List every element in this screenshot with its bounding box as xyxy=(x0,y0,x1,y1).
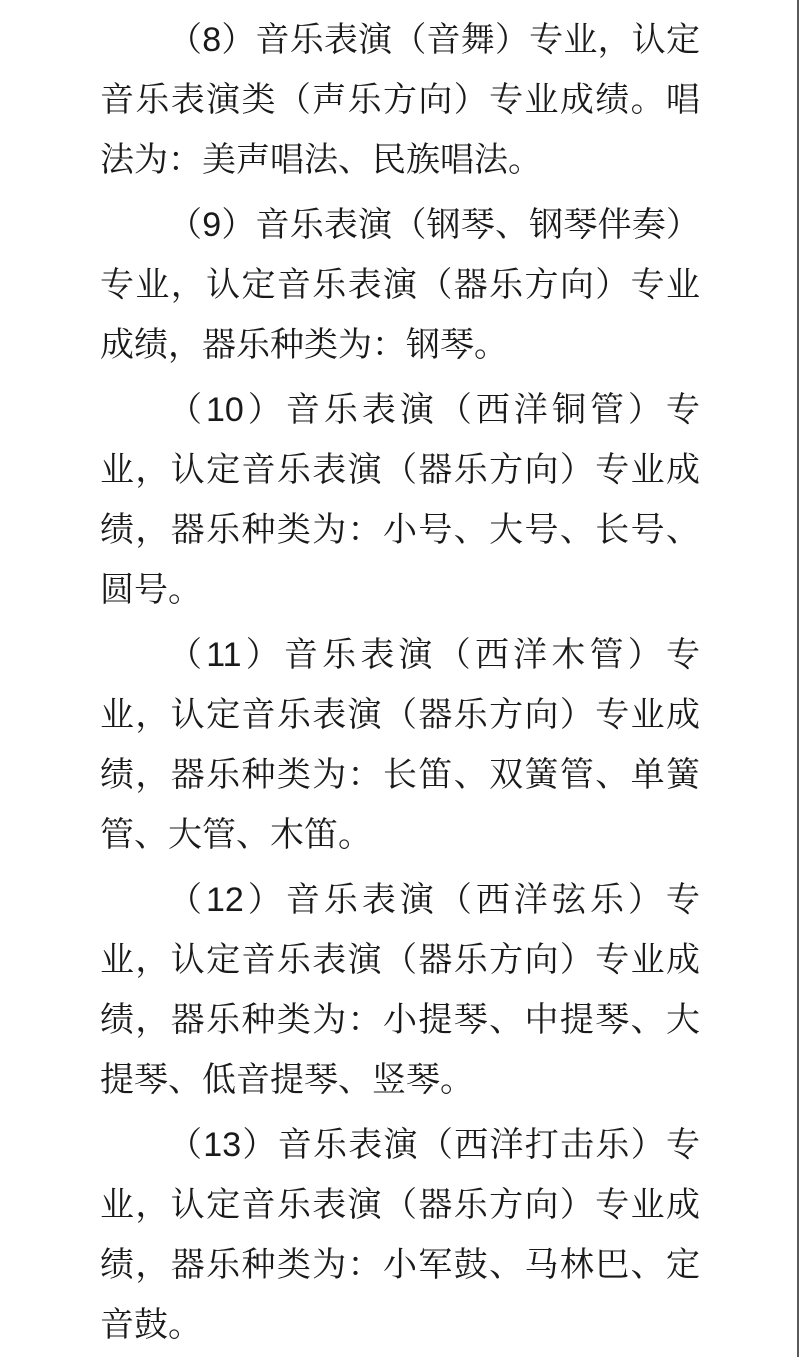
paragraph-item-12: （12）音乐表演（西洋弦乐）专业，认定音乐表演（器乐方向）专业成绩，器乐种类为：… xyxy=(100,870,700,1110)
document-page: （8）音乐表演（音舞）专业，认定音乐表演类（声乐方向）专业成绩。唱法为：美声唱法… xyxy=(100,10,700,1355)
paragraph-item-8: （8）音乐表演（音舞）专业，认定音乐表演类（声乐方向）专业成绩。唱法为：美声唱法… xyxy=(100,10,700,190)
right-edge-border-line xyxy=(797,0,799,1357)
paragraph-item-11: （11）音乐表演（西洋木管）专业，认定音乐表演（器乐方向）专业成绩，器乐种类为：… xyxy=(100,625,700,865)
paragraph-item-9: （9）音乐表演（钢琴、钢琴伴奏）专业，认定音乐表演（器乐方向）专业成绩，器乐种类… xyxy=(100,195,700,375)
paragraph-item-13: （13）音乐表演（西洋打击乐）专业，认定音乐表演（器乐方向）专业成绩，器乐种类为… xyxy=(100,1115,700,1355)
paragraph-item-10: （10）音乐表演（西洋铜管）专业，认定音乐表演（器乐方向）专业成绩，器乐种类为：… xyxy=(100,380,700,620)
